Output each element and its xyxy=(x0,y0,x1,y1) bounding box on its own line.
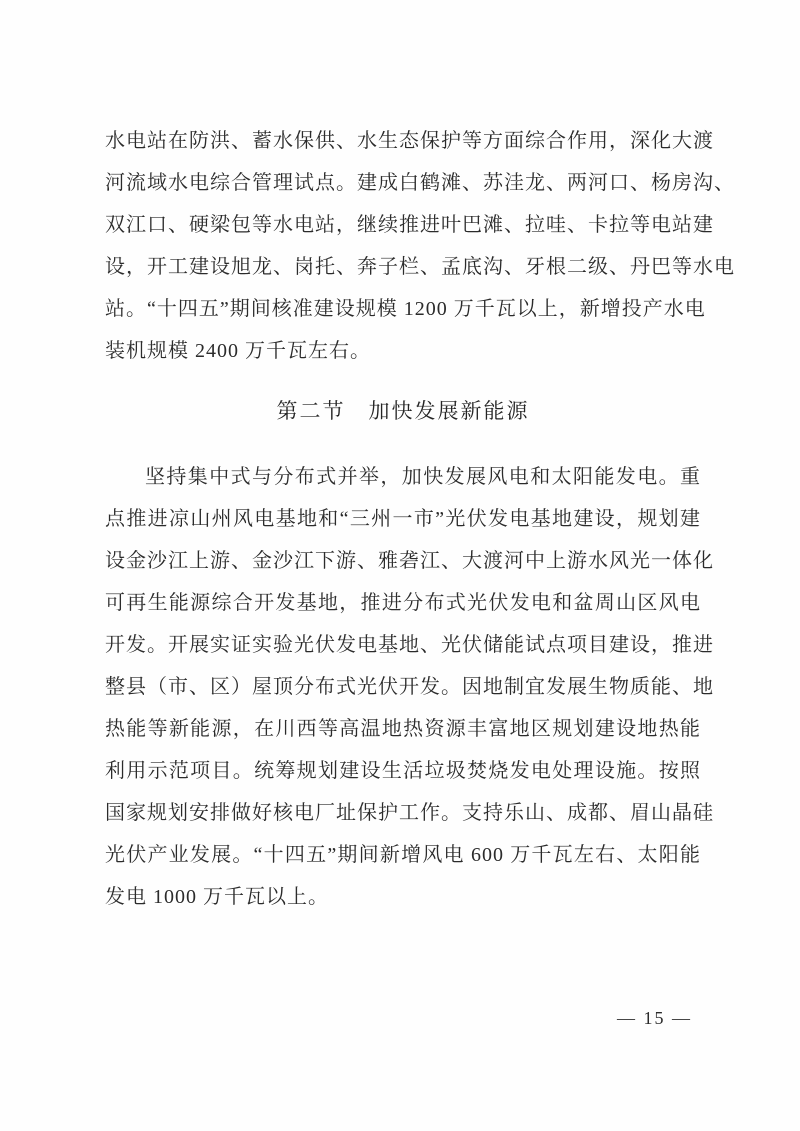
paragraph-new-energy: 坚持集中式与分布式并举，加快发展风电和太阳能发电。重 点推进凉山州风电基地和“三… xyxy=(105,456,701,918)
text-line: 发电 1000 万千瓦以上。 xyxy=(105,876,701,918)
text-line: 利用示范项目。统筹规划建设生活垃圾焚烧发电处理设施。按照 xyxy=(105,750,701,792)
text-line: 开发。开展实证实验光伏发电基地、光伏储能试点项目建设，推进 xyxy=(105,624,701,666)
text-line: 热能等新能源，在川西等高温地热资源丰富地区规划建设地热能 xyxy=(105,708,701,750)
text-line: 国家规划安排做好核电厂址保护工作。支持乐山、成都、眉山晶硅 xyxy=(105,792,701,834)
section-heading: 第二节 加快发展新能源 xyxy=(105,390,701,432)
text-line: 光伏产业发展。“十四五”期间新增风电 600 万千瓦左右、太阳能 xyxy=(105,834,701,876)
text-line: 整县（市、区）屋顶分布式光伏开发。因地制宜发展生物质能、地 xyxy=(105,666,701,708)
page-number: — 15 — xyxy=(617,1000,692,1036)
text-line: 设，开工建设旭龙、岗托、奔子栏、孟底沟、牙根二级、丹巴等水电 xyxy=(105,246,701,288)
text-line: 河流域水电综合管理试点。建成白鹤滩、苏洼龙、两河口、杨房沟、 xyxy=(105,162,701,204)
text-line: 坚持集中式与分布式并举，加快发展风电和太阳能发电。重 xyxy=(105,456,701,498)
document-page: 水电站在防洪、蓄水保供、水生态保护等方面综合作用，深化大渡 河流域水电综合管理试… xyxy=(0,0,800,1131)
body-text: 水电站在防洪、蓄水保供、水生态保护等方面综合作用，深化大渡 河流域水电综合管理试… xyxy=(105,120,701,918)
text-line: 设金沙江上游、金沙江下游、雅砻江、大渡河中上游水风光一体化 xyxy=(105,540,701,582)
text-line: 站。“十四五”期间核准建设规模 1200 万千瓦以上，新增投产水电 xyxy=(105,288,701,330)
text-line: 装机规模 2400 万千瓦左右。 xyxy=(105,330,701,372)
text-line: 点推进凉山州风电基地和“三州一市”光伏发电基地建设，规划建 xyxy=(105,498,701,540)
text-line: 水电站在防洪、蓄水保供、水生态保护等方面综合作用，深化大渡 xyxy=(105,120,701,162)
paragraph-hydropower: 水电站在防洪、蓄水保供、水生态保护等方面综合作用，深化大渡 河流域水电综合管理试… xyxy=(105,120,701,372)
text-line: 可再生能源综合开发基地，推进分布式光伏发电和盆周山区风电 xyxy=(105,582,701,624)
text-line: 双江口、硬梁包等水电站，继续推进叶巴滩、拉哇、卡拉等电站建 xyxy=(105,204,701,246)
